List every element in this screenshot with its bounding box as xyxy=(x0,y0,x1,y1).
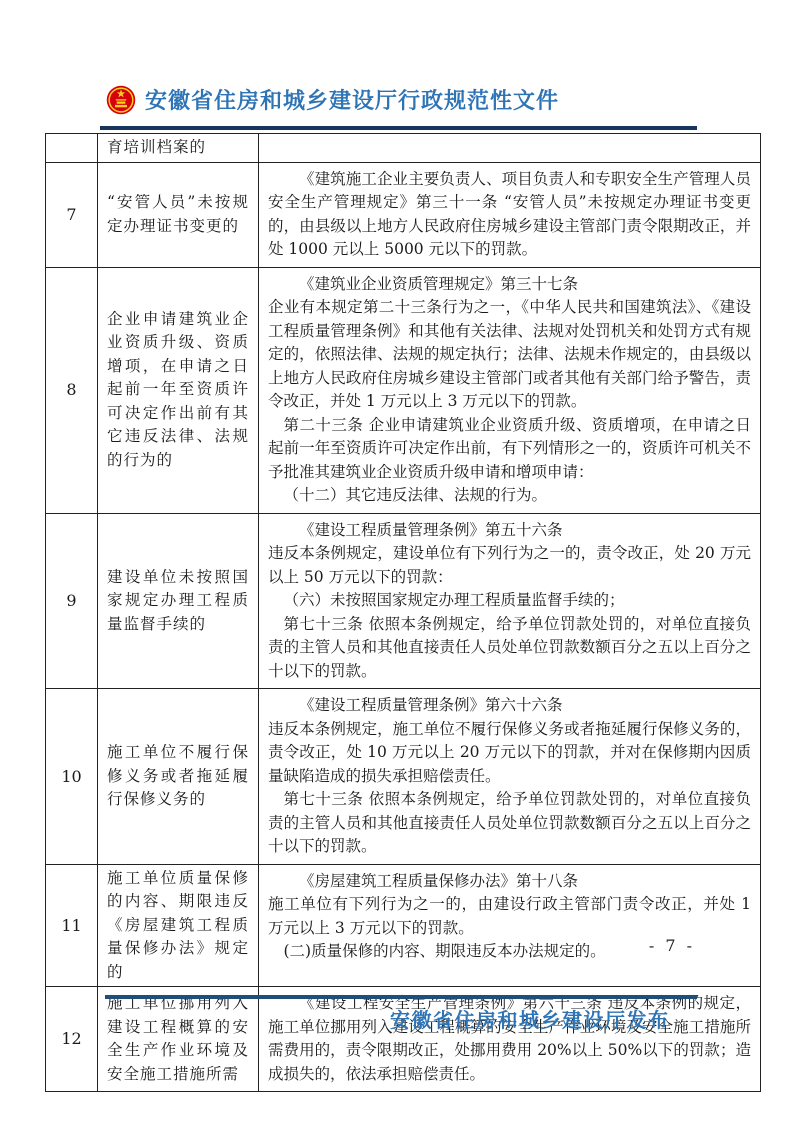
document-page: 安徽省住房和城乡建设厅行政规范性文件 育培训档案的 7 “安管人员”未按规定办理… xyxy=(0,0,793,1122)
basis-paragraph: （十二）其它违反法律、法规的行为。 xyxy=(268,484,751,508)
basis-paragraph: 《房屋建筑工程质量保修办法》第十八条 xyxy=(268,870,751,894)
violation-cell: 企业申请建筑业企业资质升级、资质增项，在申请之日起前一年至资质许可决定作出前有其… xyxy=(98,267,259,513)
national-emblem-icon xyxy=(106,85,136,115)
footer-rule-divider xyxy=(105,995,697,999)
row-number-cell: 9 xyxy=(46,513,98,689)
violation-cell: “安管人员”未按规定办理证书变更的 xyxy=(98,162,259,267)
table-row-11: 11 施工单位质量保修的内容、期限违反《房屋建筑工程质量保修办法》规定的 《房屋… xyxy=(46,864,761,987)
basis-cell: 《建设工程安全生产管理条例》第六十三条 违反本条例的规定，施工单位挪用列入建设工… xyxy=(259,987,761,1092)
table-row-carryover: 育培训档案的 xyxy=(46,134,761,163)
basis-cell: 《建筑业企业资质管理规定》第三十七条 企业有本规定第二十三条行为之一，《中华人民… xyxy=(259,267,761,513)
row-number-cell xyxy=(46,134,98,163)
table-row-8: 8 企业申请建筑业企业资质升级、资质增项，在申请之日起前一年至资质许可决定作出前… xyxy=(46,267,761,513)
violation-cell: 施工单位质量保修的内容、期限违反《房屋建筑工程质量保修办法》规定的 xyxy=(98,864,259,987)
table-row-9: 9 建设单位未按照国家规定办理工程质量监督手续的 《建设工程质量管理条例》第五十… xyxy=(46,513,761,689)
basis-paragraph: 企业有本规定第二十三条行为之一，《中华人民共和国建筑法》、《建设工程质量管理条例… xyxy=(268,296,751,414)
violation-cell: 育培训档案的 xyxy=(98,134,259,163)
row-number-cell: 7 xyxy=(46,162,98,267)
basis-cell: 《建筑施工企业主要负责人、项目负责人和专职安全生产管理人员安全生产管理规定》第三… xyxy=(259,162,761,267)
basis-paragraph: 《建筑施工企业主要负责人、项目负责人和专职安全生产管理人员安全生产管理规定》第三… xyxy=(268,168,751,262)
basis-paragraph: （六）未按照国家规定办理工程质量监督手续的； xyxy=(268,589,751,613)
violation-cell: 施工单位挪用列入建设工程概算的安全生产作业环境及安全施工措施所需 xyxy=(98,987,259,1092)
basis-paragraph: 施工单位有下列行为之一的，由建设行政主管部门责令改正，并处 1 万元以上 3 万… xyxy=(268,893,751,940)
page-number: - 7 - xyxy=(649,936,695,955)
header-rule-divider xyxy=(100,126,697,130)
basis-paragraph: 《建设工程质量管理条例》第六十六条 xyxy=(268,694,751,718)
basis-paragraph: 第七十三条 依照本条例规定，给予单位罚款处罚的，对单位直接负责的主管人员和其他直… xyxy=(268,788,751,859)
table-row-10: 10 施工单位不履行保修义务或者拖延履行保修义务的 《建设工程质量管理条例》第六… xyxy=(46,689,761,865)
basis-paragraph: 第二十三条 企业申请建筑业企业资质升级、资质增项，在申请之日起前一年至资质许可决… xyxy=(268,414,751,485)
basis-paragraph: 违反本条例规定，建设单位有下列行为之一的，责令改正，处 20 万元以上 50 万… xyxy=(268,542,751,589)
violation-cell: 建设单位未按照国家规定办理工程质量监督手续的 xyxy=(98,513,259,689)
basis-paragraph: 第七十三条 依照本条例规定，给予单位罚款处罚的，对单位直接负责的主管人员和其他直… xyxy=(268,613,751,684)
basis-cell: 《建设工程质量管理条例》第五十六条 违反本条例规定，建设单位有下列行为之一的，责… xyxy=(259,513,761,689)
table-row-7: 7 “安管人员”未按规定办理证书变更的 《建筑施工企业主要负责人、项目负责人和专… xyxy=(46,162,761,267)
row-number-cell: 12 xyxy=(46,987,98,1092)
basis-paragraph: 违反本条例规定，施工单位不履行保修义务或者拖延履行保修义务的，责令改正，处 10… xyxy=(268,718,751,789)
basis-cell xyxy=(259,134,761,163)
row-number-cell: 11 xyxy=(46,864,98,987)
violation-cell: 施工单位不履行保修义务或者拖延履行保修义务的 xyxy=(98,689,259,865)
page-title: 安徽省住房和城乡建设厅行政规范性文件 xyxy=(145,84,559,115)
basis-cell: 《房屋建筑工程质量保修办法》第十八条 施工单位有下列行为之一的，由建设行政主管部… xyxy=(259,864,761,987)
table-row-12: 12 施工单位挪用列入建设工程概算的安全生产作业环境及安全施工措施所需 《建设工… xyxy=(46,987,761,1092)
document-header: 安徽省住房和城乡建设厅行政规范性文件 xyxy=(106,84,559,115)
publisher-line: 安徽省住房和城乡建设厅发布 xyxy=(390,1004,670,1033)
row-number-cell: 10 xyxy=(46,689,98,865)
row-number-cell: 8 xyxy=(46,267,98,513)
basis-cell: 《建设工程质量管理条例》第六十六条 违反本条例规定，施工单位不履行保修义务或者拖… xyxy=(259,689,761,865)
basis-paragraph: 《建设工程质量管理条例》第五十六条 xyxy=(268,519,751,543)
basis-paragraph: 《建筑业企业资质管理规定》第三十七条 xyxy=(268,273,751,297)
